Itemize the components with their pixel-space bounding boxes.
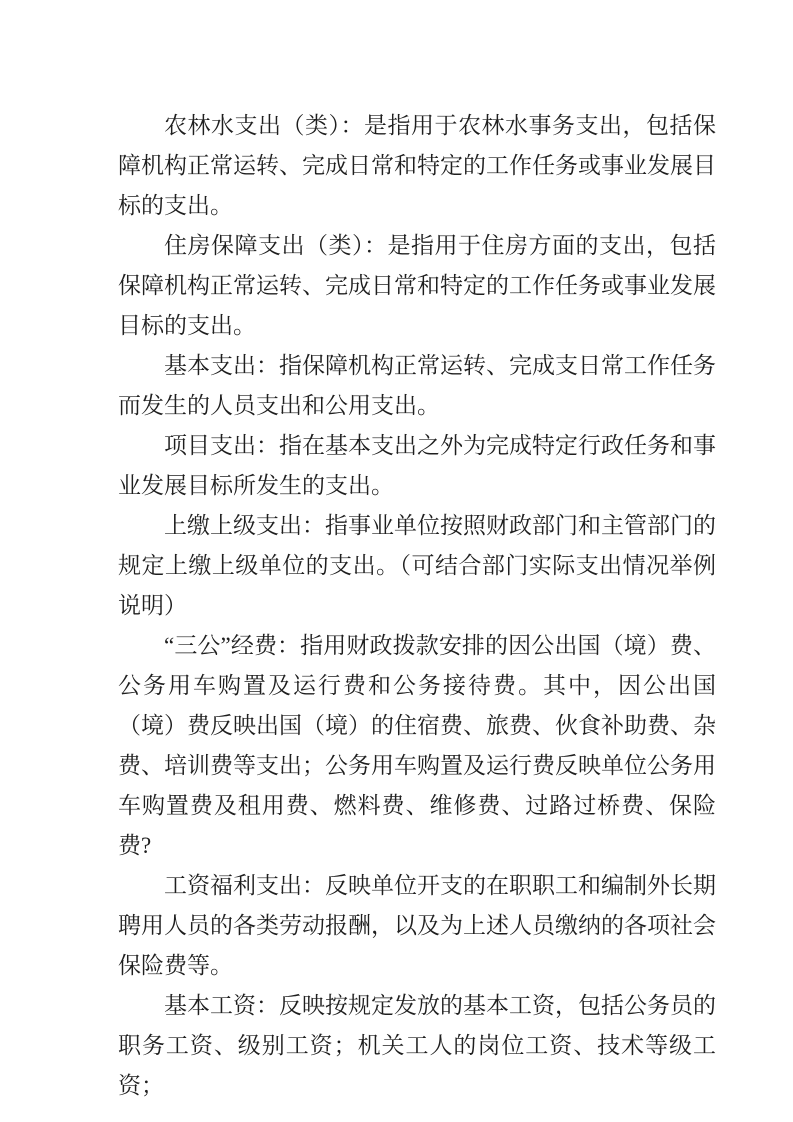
document-page: 农林水支出（类）：是指用于农林水事务支出，包括保障机构正常运转、完成日常和特定的… bbox=[0, 0, 793, 1122]
paragraph: 农林水支出（类）：是指用于农林水事务支出，包括保障机构正常运转、完成日常和特定的… bbox=[118, 106, 716, 226]
paragraph: 工资福利支出：反映单位开支的在职职工和编制外长期聘用人员的各类劳动报酬，以及为上… bbox=[118, 866, 716, 986]
paragraph: 上缴上级支出：指事业单位按照财政部门和主管部门的规定上缴上级单位的支出。（可结合… bbox=[118, 506, 716, 626]
paragraph: 基本支出：指保障机构正常运转、完成支日常工作任务而发生的人员支出和公用支出。 bbox=[118, 346, 716, 426]
paragraph: “三公”经费：指用财政拨款安排的因公出国（境）费、公务用车购置及运行费和公务接待… bbox=[118, 626, 716, 866]
paragraph: 项目支出：指在基本支出之外为完成特定行政任务和事业发展目标所发生的支出。 bbox=[118, 426, 716, 506]
document-body: 农林水支出（类）：是指用于农林水事务支出，包括保障机构正常运转、完成日常和特定的… bbox=[118, 106, 716, 1106]
paragraph: 住房保障支出（类）：是指用于住房方面的支出，包括保障机构正常运转、完成日常和特定… bbox=[118, 226, 716, 346]
paragraph: 基本工资：反映按规定发放的基本工资，包括公务员的职务工资、级别工资；机关工人的岗… bbox=[118, 986, 716, 1106]
